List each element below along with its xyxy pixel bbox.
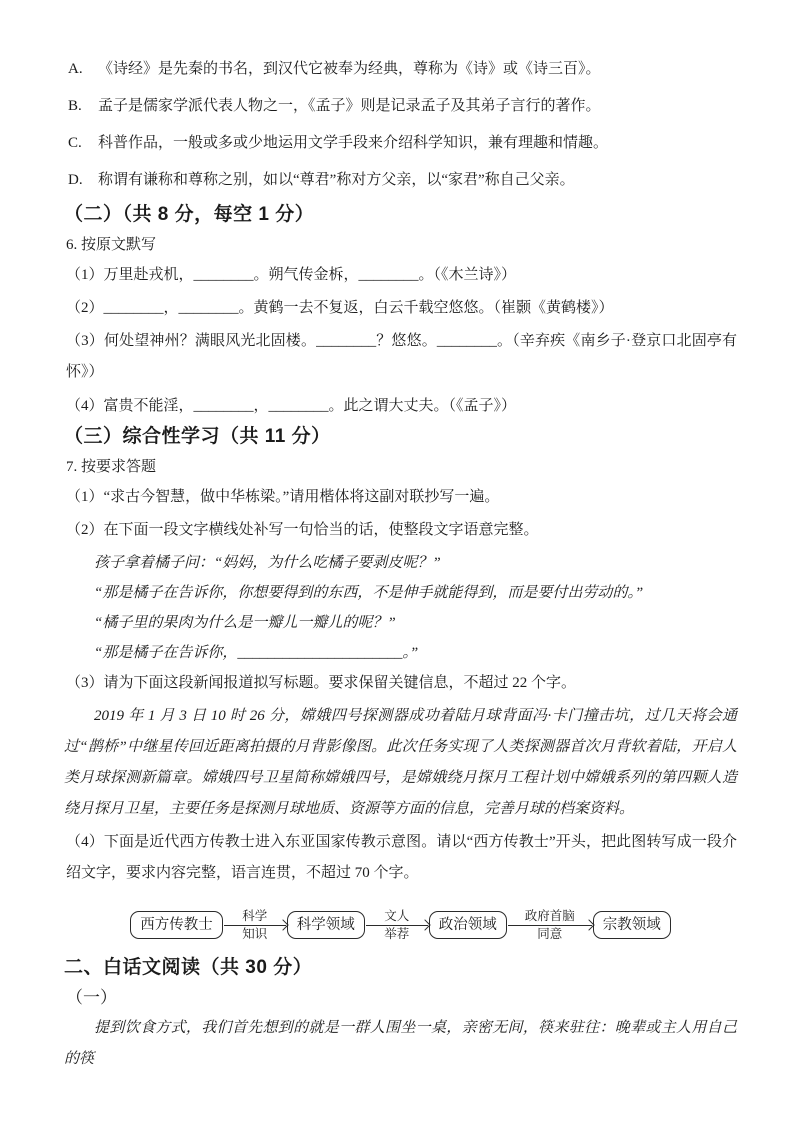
news-paragraph: 2019 年 1 月 3 日 10 时 26 分，嫦娥四号探测器成功着陆月球背面… [64,701,737,825]
diagram-box-politics: 政治领域 [429,911,507,939]
reading-passage-first-line: 提到饮食方式，我们首先想到的就是一群人围坐一桌，亲密无间，筷来驻往：晚辈或主人用… [64,1013,737,1075]
sectionB-heading: 二、白话文阅读（共 30 分） [64,955,737,981]
arrow-1-line [224,925,286,926]
option-c: C. 科普作品，一般或多或少地运用文学手段来介绍科学知识，兼有理趣和情趣。 [68,128,737,158]
option-d-label: D. [68,165,98,195]
section3-heading: （三）综合性学习（共 11 分） [64,424,737,450]
arrow-3-line [508,925,592,926]
question6-item-2: （2）________，________。黄鹤一去不复返，白云千载空悠悠。（崔颢… [66,293,737,323]
arrow-2-bottom-label: 举荐 [384,927,409,942]
question6-title: 6. 按原文默写 [66,230,737,260]
diagram-box-religion: 宗教领域 [593,911,671,939]
question7-item-1: （1）“求古今智慧，做中华栋梁。”请用楷体将这副对联抄写一遍。 [66,482,737,512]
diagram-box-missionary: 西方传教士 [130,911,223,939]
diagram-box-science: 科学领域 [287,911,365,939]
option-a-text: 《诗经》是先秦的书名，到汉代它被奉为经典，尊称为《诗》或《诗三百》。 [98,54,601,84]
option-c-text: 科普作品，一般或多或少地运用文学手段来介绍科学知识，兼有理趣和情趣。 [98,128,608,158]
question6-item-4: （4）富贵不能淫，________，________。此之谓大丈夫。（《孟子》） [66,391,737,421]
question6-item-3: （3）何处望神州？满眼风光北固楼。________？悠悠。________。（辛… [66,326,737,388]
question7-title: 7. 按要求答题 [66,452,737,482]
option-a-label: A. [68,54,98,84]
dialog-line-3: “橘子里的果肉为什么是一瓣儿一瓣儿的呢？” [94,608,737,638]
sectionB-subsection-number: （一） [66,983,737,1013]
question5-options: A. 《诗经》是先秦的书名，到汉代它被奉为经典，尊称为《诗》或《诗三百》。 B.… [64,54,737,195]
arrow-2-line [366,925,428,926]
question7-item-3: （3）请为下面这段新闻报道拟写标题。要求保留关键信息，不超过 22 个字。 [66,668,737,698]
option-b: B. 孟子是儒家学派代表人物之一，《孟子》则是记录孟子及其弟子言行的著作。 [68,91,737,121]
arrow-1-bottom-label: 知识 [242,927,267,942]
dialog-line-4: “那是橘子在告诉你，______________________。” [94,638,737,668]
missionary-flow-diagram: 西方传教士 科学 知识 科学领域 文人 举荐 政治领域 政府首脑 同意 宗教领域 [64,899,737,951]
option-b-label: B. [68,91,98,121]
arrow-3-top-label: 政府首脑 [525,909,575,924]
question7-item-2: （2）在下面一段文字横线处补写一句恰当的话，使整段文字语意完整。 [66,515,737,545]
option-c-label: C. [68,128,98,158]
section2-heading: （二）（共 8 分，每空 1 分） [64,202,737,228]
exam-page: A. 《诗经》是先秦的书名，到汉代它被奉为经典，尊称为《诗》或《诗三百》。 B.… [0,0,793,1122]
question7-item-4: （4）下面是近代西方传教士进入东亚国家传教示意图。请以“西方传教士”开头，把此图… [66,827,737,889]
arrow-2-top-label: 文人 [384,909,409,924]
option-a: A. 《诗经》是先秦的书名，到汉代它被奉为经典，尊称为《诗》或《诗三百》。 [68,54,737,84]
option-d: D. 称谓有谦称和尊称之别，如以“尊君”称对方父亲，以“家君”称自己父亲。 [68,165,737,195]
dialog-line-1: 孩子拿着橘子问：“妈妈，为什么吃橘子要剥皮呢？” [94,548,737,578]
arrow-3-bottom-label: 同意 [537,927,562,942]
diagram-arrow-1: 科学 知识 [224,909,286,942]
diagram-arrow-2: 文人 举荐 [366,909,428,942]
option-d-text: 称谓有谦称和尊称之别，如以“尊君”称对方父亲，以“家君”称自己父亲。 [98,165,575,195]
question6-item-1: （1）万里赴戎机，________。朔气传金柝，________。（《木兰诗》） [66,260,737,290]
arrow-1-top-label: 科学 [242,909,267,924]
dialog-line-2: “那是橘子在告诉你，你想要得到的东西，不是伸手就能得到，而是要付出劳动的。” [94,578,737,608]
option-b-text: 孟子是儒家学派代表人物之一，《孟子》则是记录孟子及其弟子言行的著作。 [98,91,601,121]
diagram-arrow-3: 政府首脑 同意 [508,909,592,942]
